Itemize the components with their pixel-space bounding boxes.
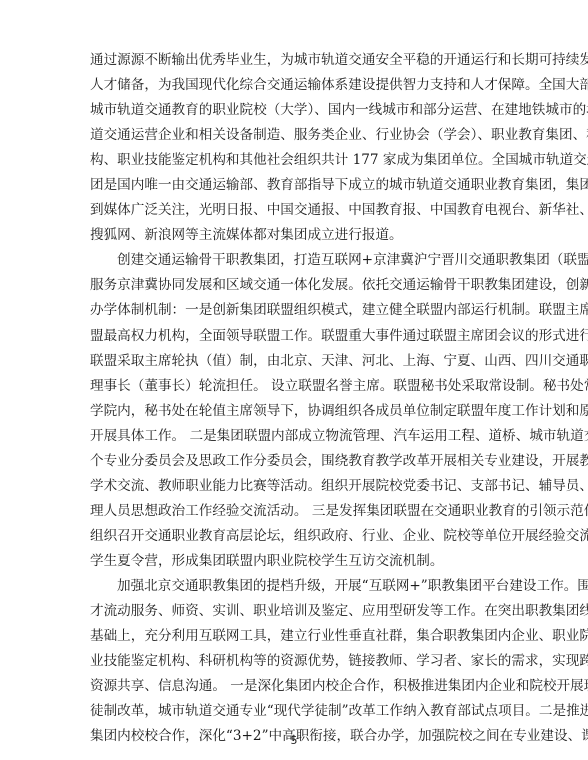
text-line: 盟最高权力机构，全面领导联盟工作。联盟重大事件通过联盟主席团会议的形式进行决策。 xyxy=(90,324,506,349)
text-line: 人才储备，为我国现代化综合交通运输体系建设提供智力支持和人才保障。全国大部分从事 xyxy=(90,73,506,98)
text-line: 道交通运营企业和相关设备制造、服务类企业、行业协会（学会）、职业教育集团、科研机 xyxy=(90,123,506,148)
page-number: 5 xyxy=(0,734,588,747)
text-line: 学生夏令营，形成集团联盟内职业院校学生互访交流机制。 xyxy=(90,549,506,574)
text-line: 基础上，充分利用互联网工具，建立行业性垂直社群，集合职教集团内企业、职业院校、职 xyxy=(90,624,506,649)
text-line: 个专业分委员会及思政工作分委员会，围绕教育教学改革开展相关专业建设，开展教师培训… xyxy=(90,449,506,474)
text-line: 学院内，秘书处在轮值主席领导下，协调组织各成员单位制定联盟年度工作计划和原则章程… xyxy=(90,399,506,424)
text-line: 组织召开交通职业教育高层论坛，组织政府、行业、企业、院校等单位开展经验交流。举办 xyxy=(90,524,506,549)
text-line: 开展具体工作。 二是集团联盟内部成立物流管理、汽车运用工程、道桥、城市轨道交通四 xyxy=(90,424,506,449)
text-line: 理事长（董事长）轮流担任。 设立联盟名誉主席。联盟秘书处采取常设制。秘书处常设在 xyxy=(90,374,506,399)
text-line: 搜狐网、新浪网等主流媒体都对集团成立进行报道。 xyxy=(90,223,506,248)
body-text: 通过源源不断输出优秀毕业生，为城市轨道交通安全平稳的开通运行和长期可持续发展做好… xyxy=(90,48,506,749)
text-line: 联盟采取主席轮执（值）制，由北京、天津、河北、上海、宁夏、山西、四川交通职教集团 xyxy=(90,349,506,374)
text-line: 才流动服务、师资、实训、职业培训及鉴定、应用型研发等工作。在突出职教集团线下优势 xyxy=(90,599,506,624)
document-page: 通过源源不断输出优秀毕业生，为城市轨道交通安全平稳的开通运行和长期可持续发展做好… xyxy=(0,0,588,760)
text-line: 学术交流、教师职业能力比赛等活动。组织开展院校党委书记、支部书记、辅导员、学生管 xyxy=(90,474,506,499)
paragraph-first-line: 创建交通运输骨干职教集团，打造互联网+京津冀沪宁晋川交通职教集团（联盟）平台 。 xyxy=(90,248,506,273)
text-line: 理人员思想政治工作经验交流活动。 三是发挥集团联盟在交通职业教育的引领示范作用， xyxy=(90,499,506,524)
text-line: 办学体制机制：一是创新集团联盟组织模式，建立健全联盟内部运行机制。联盟主席团为联 xyxy=(90,298,506,323)
text-line: 团是国内唯一由交通运输部、教育部指导下成立的城市轨道交通职业教育集团，集团成立得 xyxy=(90,173,506,198)
text-line: 通过源源不断输出优秀毕业生，为城市轨道交通安全平稳的开通运行和长期可持续发展做好 xyxy=(90,48,506,73)
text-line: 业技能鉴定机构、科研机构等的资源优势，链接教师、学习者、家长的需求，实现跨界合作… xyxy=(90,649,506,674)
text-line: 服务京津冀协同发展和区域交通一体化发展。依托交通运输骨干职教集团建设，创新集团化 xyxy=(90,273,506,298)
text-line: 资源共享、信息沟通。 一是深化集团内校企合作，积极推进集团内企业和院校开展现代学 xyxy=(90,674,506,699)
text-line: 构、职业技能鉴定机构和其他社会组织共计 177 家成为集团单位。全国城市轨道交通… xyxy=(90,148,506,173)
text-line: 城市轨道交通教育的职业院校（大学）、国内一线城市和部分运营、在建地铁城市的城市轨 xyxy=(90,98,506,123)
paragraph-first-line: 加强北京交通职教集团的提档升级，开展“互联网+”职教集团平台建设工作。围绕人 xyxy=(90,574,506,599)
text-line: 徒制改革，城市轨道交通专业“现代学徒制”改革工作纳入教育部试点项目。二是推进职教 xyxy=(90,699,506,724)
text-line: 到媒体广泛关注，光明日报、中国交通报、中国教育报、中国教育电视台、新华社、凤凰网… xyxy=(90,198,506,223)
